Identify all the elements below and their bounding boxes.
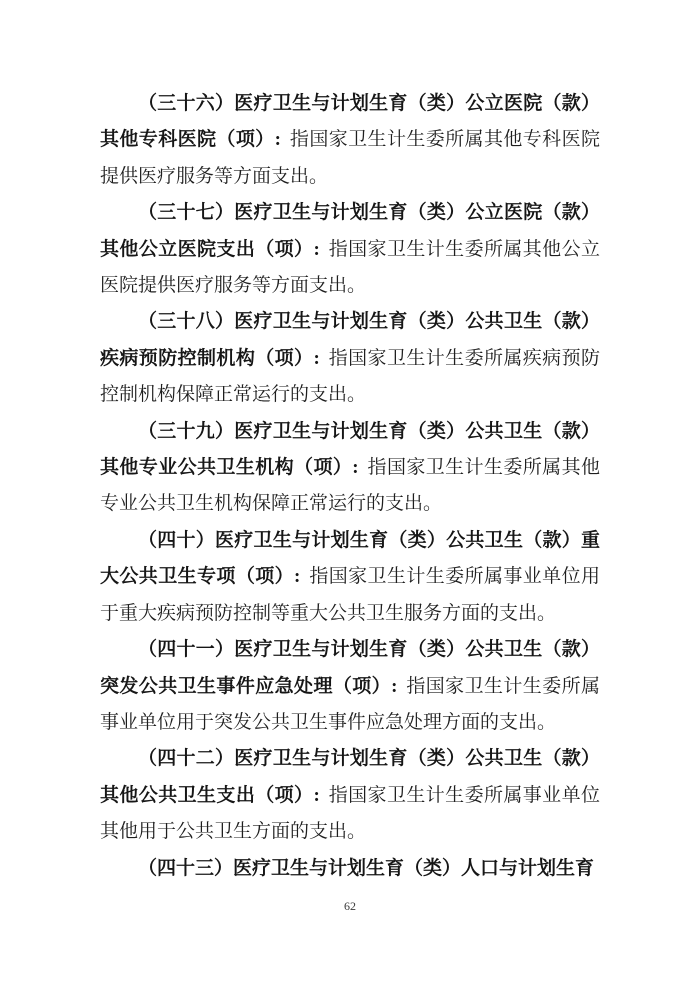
document-body: （三十六）医疗卫生与计划生育（类）公立医院（款）其他专科医院（项）:指国家卫生计… [100,86,600,887]
paragraph-38: （三十八）医疗卫生与计划生育（类）公共卫生（款）疾病预防控制机构（项）:指国家卫… [100,304,600,413]
page-number: 62 [0,899,700,913]
paragraph-36: （三十六）医疗卫生与计划生育（类）公立医院（款）其他专科医院（项）:指国家卫生计… [100,86,600,195]
paragraph-41: （四十一）医疗卫生与计划生育（类）公共卫生（款）突发公共卫生事件应急处理（项）:… [100,632,600,741]
document-page: （三十六）医疗卫生与计划生育（类）公立医院（款）其他专科医院（项）:指国家卫生计… [0,0,700,989]
paragraph-43-heading: （四十三）医疗卫生与计划生育（类）人口与计划生育 [138,858,594,879]
paragraph-43: （四十三）医疗卫生与计划生育（类）人口与计划生育 [100,851,600,887]
paragraph-42: （四十二）医疗卫生与计划生育（类）公共卫生（款）其他公共卫生支出（项）:指国家卫… [100,741,600,850]
paragraph-37: （三十七）医疗卫生与计划生育（类）公立医院（款）其他公立医院支出（项）:指国家卫… [100,195,600,304]
paragraph-40: （四十）医疗卫生与计划生育（类）公共卫生（款）重大公共卫生专项（项）:指国家卫生… [100,523,600,632]
paragraph-39: （三十九）医疗卫生与计划生育（类）公共卫生（款）其他专业公共卫生机构（项）:指国… [100,414,600,523]
